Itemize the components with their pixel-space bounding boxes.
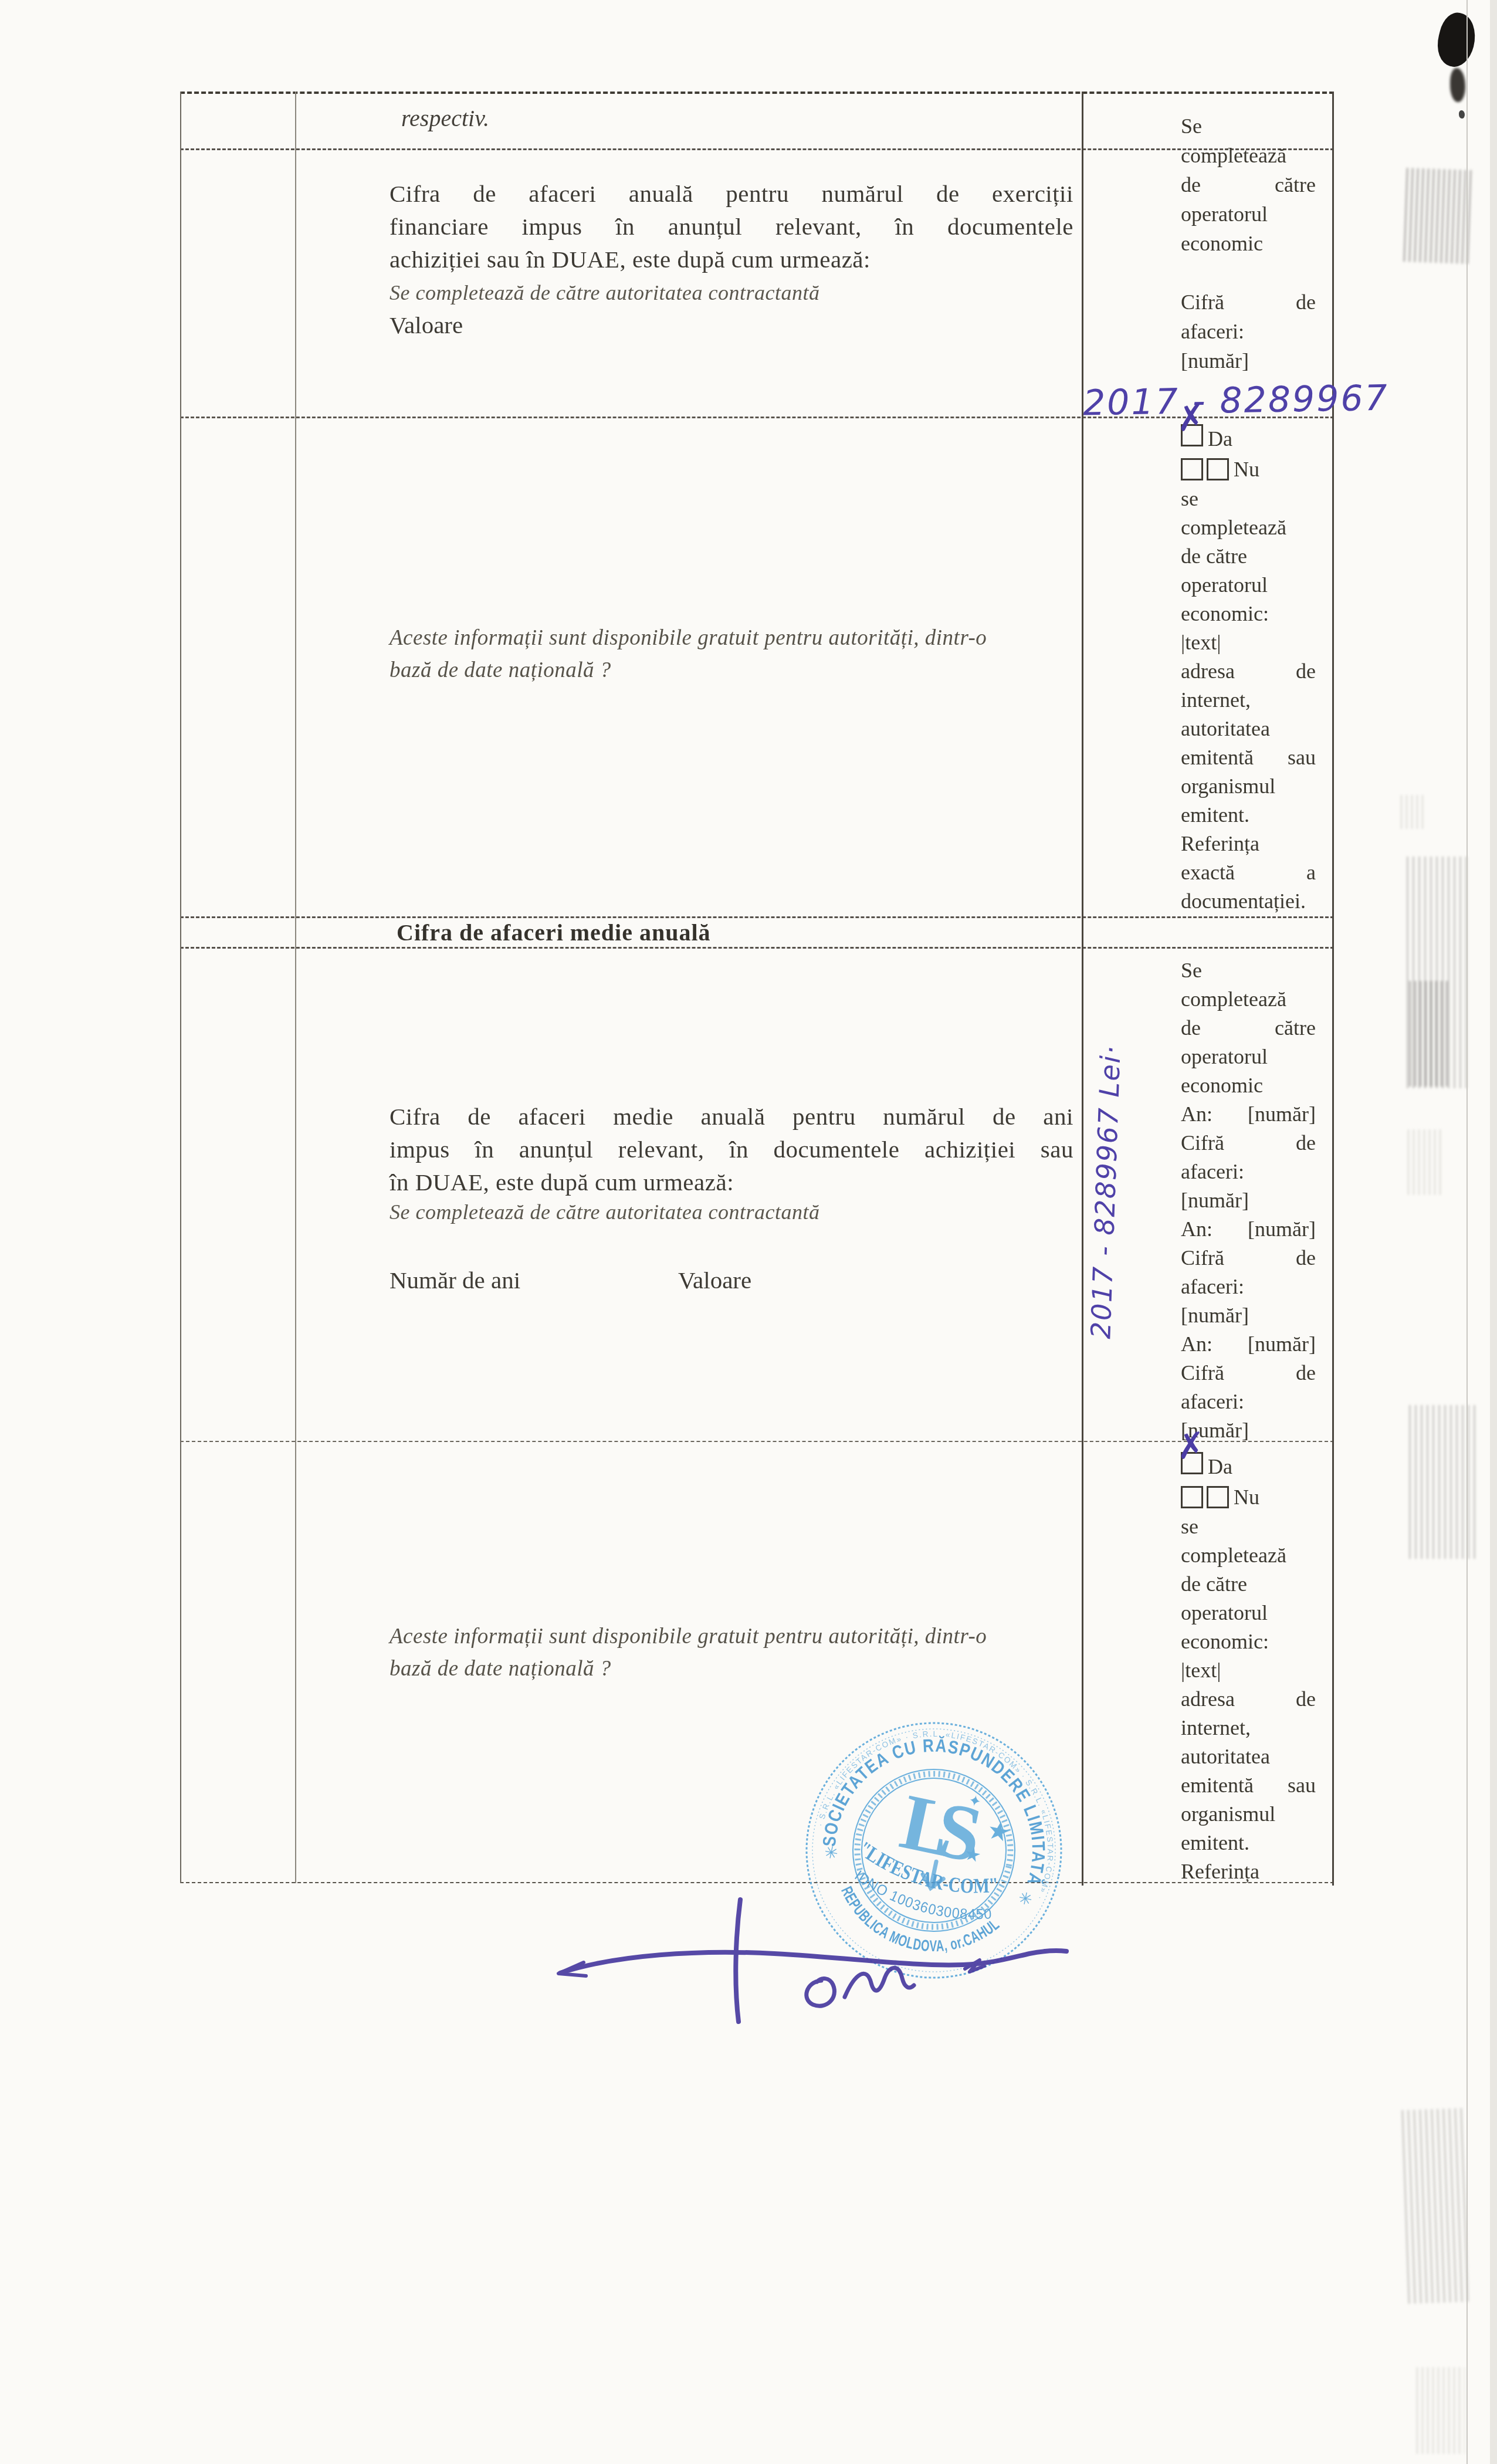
row1-value-label: Valoare: [390, 311, 463, 339]
signature: [528, 1866, 1103, 2053]
text-line: afaceri:: [1181, 1387, 1316, 1416]
text-line: organismul: [1181, 772, 1316, 801]
text-line: afaceri:: [1181, 1272, 1316, 1301]
text-line: An:[număr]: [1181, 1100, 1316, 1129]
text-line: organismul: [1181, 1800, 1316, 1829]
column-divider-1: [295, 92, 296, 1883]
x-mark-icon: ✗: [1175, 1430, 1207, 1462]
text-line: se: [1181, 485, 1316, 513]
text-line: completează: [1181, 513, 1316, 542]
text-line: Cifradeafacerianualăpentrunumăruldeexerc…: [390, 177, 1073, 210]
row2-question: Aceste informații sunt disponibile gratu…: [390, 622, 987, 686]
text-line: bază de date națională ?: [390, 1653, 987, 1685]
signature-o-loop: [807, 1979, 835, 2006]
text-line: în DUAE, este după cum urmează:: [390, 1166, 1073, 1199]
scan-artifact-streaks: [1401, 795, 1424, 829]
text-line: Aceste informații sunt disponibile gratu…: [390, 1620, 987, 1653]
text-line: Cifrăde: [1181, 1129, 1316, 1157]
text-line: Se: [1181, 111, 1316, 141]
row3-years-label: Număr de ani: [390, 1266, 520, 1294]
scan-artifact-streaks: [1409, 1405, 1478, 1559]
text-line: emitentăsau: [1181, 743, 1316, 772]
text-line: Cifrăde: [1181, 287, 1316, 317]
checkbox-empty: [1207, 1486, 1229, 1508]
row3-value-label: Valoare: [678, 1266, 751, 1294]
text-line: economic:: [1181, 1627, 1316, 1656]
signature-vertical-stroke: [736, 1900, 740, 2022]
row1-paragraph: Cifradeafacerianualăpentrunumăruldeexerc…: [390, 177, 1073, 276]
no-label: Nu: [1234, 455, 1259, 484]
text-line: Cifrăde: [1181, 1359, 1316, 1387]
text-line: completează: [1181, 1541, 1316, 1570]
text-line: completează: [1181, 141, 1316, 170]
text-line: Se: [1181, 956, 1316, 985]
text-line: completează: [1181, 985, 1316, 1014]
scan-artifact-blob: [1432, 9, 1481, 70]
star-icon: ★: [963, 1842, 984, 1866]
column-divider-2: [1082, 92, 1083, 1886]
row1-note: Se completează de către autoritatea cont…: [390, 280, 820, 305]
checkbox-empty: [1207, 458, 1229, 480]
text-line: Cifrăde: [1181, 1244, 1316, 1272]
text-line: operatorul: [1181, 571, 1316, 600]
yes-label: Da: [1208, 1453, 1232, 1481]
text-line: emitent.: [1181, 1829, 1316, 1857]
stamp-separator-icon: ✳: [822, 1843, 839, 1864]
text-line: [număr]: [1181, 1301, 1316, 1330]
scan-artifact-streaks: [1409, 981, 1450, 1087]
row2-right-cell: ✗ Da Nu secompleteazăde cătreoperatorule…: [1181, 424, 1316, 916]
x-mark-icon: ✗: [1175, 402, 1207, 434]
scan-artifact-dot: [1459, 110, 1465, 119]
table-right-border: [1332, 92, 1334, 1886]
row4-right-lines: secompleteazăde cătreoperatoruleconomic:…: [1181, 1512, 1316, 1886]
scanned-document-page: { "colors": {"ink":"#4f41a8","stamp":"#5…: [0, 0, 1497, 2464]
checkbox-empty: [1181, 1486, 1203, 1508]
no-label: Nu: [1234, 1483, 1259, 1512]
text-line: afaceri:: [1181, 1157, 1316, 1186]
header-row-top-border: [180, 916, 1334, 918]
checkbox-checked: ✗: [1181, 424, 1207, 454]
yes-option-row2: ✗ Da: [1181, 424, 1316, 454]
text-line: |text|: [1181, 1656, 1316, 1685]
scan-artifact-streaks: [1408, 1129, 1444, 1195]
text-line: [număr]: [1181, 1186, 1316, 1215]
text-line: Cifradeafacerimedieanualăpentrunumărulde…: [390, 1100, 1073, 1133]
scan-artifact-streaks: [1417, 2367, 1465, 2454]
text-line: de către: [1181, 542, 1316, 571]
text-line: Referința: [1181, 830, 1316, 858]
scan-artifact-streaks: [1403, 168, 1472, 264]
text-line: An:[număr]: [1181, 1215, 1316, 1244]
text-line: [număr]: [1181, 346, 1316, 375]
intro-row-border: [180, 148, 1334, 150]
scan-artifact-streaks: [1401, 2108, 1472, 2304]
text-line: achiziției sau în DUAE, este după cum ur…: [390, 243, 1073, 276]
row3-right-cell: SecompleteazădecătreoperatoruleconomicAn…: [1181, 956, 1316, 1445]
page-edge-shadow: [1490, 0, 1497, 2464]
text-line: emitentăsau: [1181, 1771, 1316, 1800]
row2-right-lines: secompleteazăde cătreoperatoruleconomic:…: [1181, 485, 1316, 916]
text-line: bază de date națională ?: [390, 654, 987, 686]
text-line: afaceri:: [1181, 317, 1316, 346]
yes-label: Da: [1208, 425, 1232, 453]
text-line: adresade: [1181, 657, 1316, 686]
table-left-border: [180, 92, 181, 1883]
no-option-row2: Nu: [1181, 454, 1316, 485]
text-line: Aceste informații sunt disponibile gratu…: [390, 622, 987, 654]
text-line: exactăa: [1181, 858, 1316, 887]
scan-artifact-blob: [1450, 68, 1465, 102]
intro-text: respectiv.: [401, 104, 489, 132]
text-line: impusînanunțulrelevant,îndocumenteleachi…: [390, 1133, 1073, 1166]
row4-right-cell: ✗ Da Nu secompleteazăde cătreoperatorule…: [1181, 1451, 1316, 1886]
text-line: se: [1181, 1512, 1316, 1541]
no-option-row4: Nu: [1181, 1482, 1316, 1512]
checkbox-checked: ✗: [1181, 1452, 1207, 1482]
text-line: financiareimpusînanunțulrelevant,îndocum…: [390, 210, 1073, 243]
row3-bottom-border: [180, 1441, 1334, 1442]
text-line: documentației.: [1181, 887, 1316, 916]
text-line: economic:: [1181, 600, 1316, 628]
text-line: internet,: [1181, 1714, 1316, 1742]
text-line: decătre: [1181, 1014, 1316, 1043]
table-top-border: [180, 92, 1334, 94]
row4-question: Aceste informații sunt disponibile gratu…: [390, 1620, 987, 1685]
row1-right-cell: SecompleteazădecătreoperatoruleconomicCi…: [1181, 111, 1316, 375]
text-line: emitent.: [1181, 801, 1316, 830]
text-line: economic: [1181, 1071, 1316, 1100]
text-line: operatorul: [1181, 1043, 1316, 1071]
text-line: autoritatea: [1181, 715, 1316, 743]
text-line: |text|: [1181, 628, 1316, 657]
text-line: Referința: [1181, 1857, 1316, 1886]
row3-paragraph: Cifradeafacerimedieanualăpentrunumărulde…: [390, 1100, 1073, 1199]
page-edge-line: [1466, 0, 1468, 2464]
text-line: de către: [1181, 1570, 1316, 1599]
text-line: operatorul: [1181, 199, 1316, 229]
star-icon: ✦: [967, 1792, 983, 1811]
text-line: adresade: [1181, 1685, 1316, 1714]
star-icon: ★: [984, 1815, 1013, 1848]
handwritten-turnover-vertical: 2017 - 8289967 Lei·: [1084, 1021, 1143, 1363]
text-line: decătre: [1181, 170, 1316, 199]
section-header-title: Cifra de afaceri medie anuală: [397, 919, 711, 946]
checkbox-empty: [1181, 458, 1203, 480]
handwritten-turnover-value: 2017 - 8289967: [1082, 377, 1389, 424]
text-line: internet,: [1181, 686, 1316, 715]
text-line: An:[număr]: [1181, 1330, 1316, 1359]
text-line: autoritatea: [1181, 1742, 1316, 1771]
text-line: economic: [1181, 229, 1316, 258]
row3-note: Se completează de către autoritatea cont…: [390, 1200, 820, 1224]
yes-option-row4: ✗ Da: [1181, 1451, 1316, 1482]
header-row-bottom-border: [180, 947, 1334, 949]
signature-swoosh: [560, 1951, 1066, 1973]
text-line: [1181, 258, 1316, 287]
signature-m-loops: [845, 1968, 914, 1997]
text-line: operatorul: [1181, 1599, 1316, 1627]
